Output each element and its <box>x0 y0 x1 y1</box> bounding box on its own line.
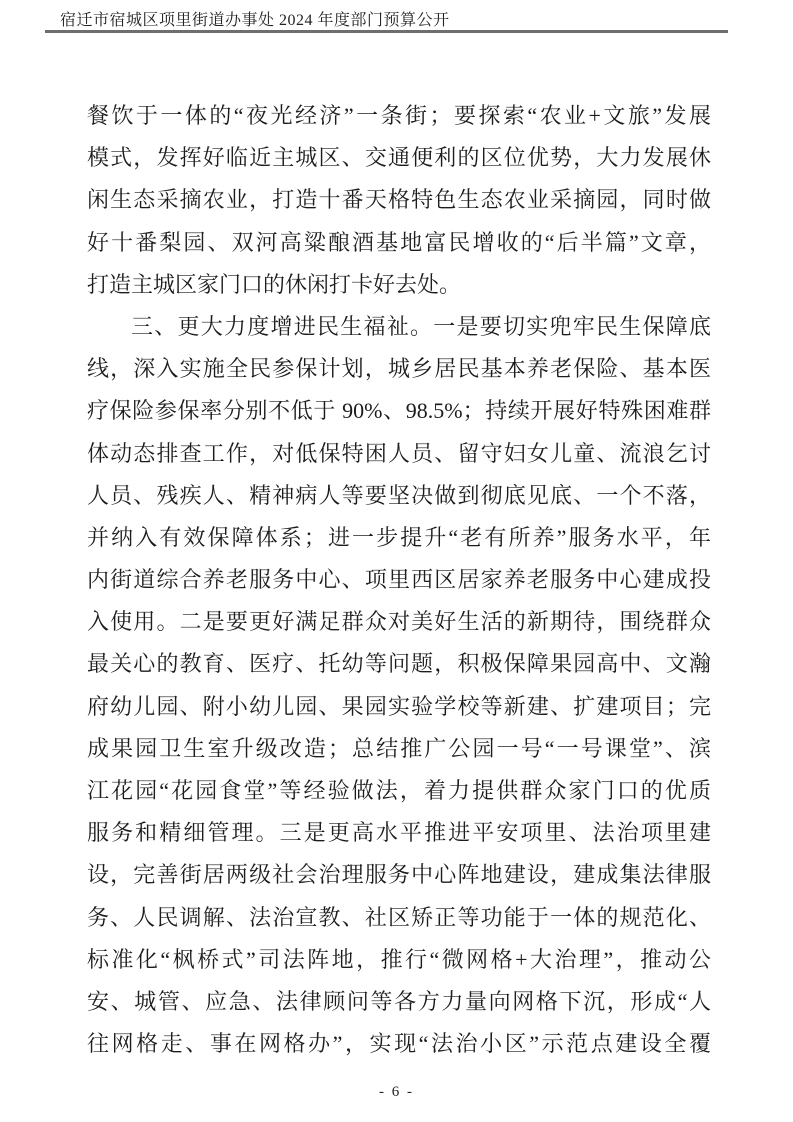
body-line: 人员、残疾人、精神病人等要坚决做到彻底见底、一个不落， <box>87 475 711 517</box>
body-line: 模式，发挥好临近主城区、交通便利的区位优势，大力发展休 <box>87 137 711 179</box>
body-line: 标准化“枫桥式”司法阵地，推行“微网格+大治理”，推动公 <box>87 939 711 981</box>
body-line: 并纳入有效保障体系；进一步提升“老有所养”服务水平，年 <box>87 517 711 559</box>
header-divider-rule <box>45 30 728 33</box>
body-line: 疗保险参保率分别不低于 90%、98.5%；持续开展好特殊困难群 <box>87 390 711 432</box>
body-line: 务、人民调解、法治宣教、社区矫正等功能于一体的规范化、 <box>87 897 711 939</box>
body-line: 府幼儿园、附小幼儿园、果园实验学校等新建、扩建项目；完 <box>87 686 711 728</box>
body-line: 最关心的教育、医疗、托幼等问题，积极保障果园高中、文瀚 <box>87 643 711 685</box>
body-line: 好十番梨园、双河高粱酿酒基地富民增收的“后半篇”文章， <box>87 222 711 264</box>
body-line: 体动态排查工作，对低保特困人员、留守妇女儿童、流浪乞讨 <box>87 433 711 475</box>
body-line: 入使用。二是要更好满足群众对美好生活的新期待，围绕群众 <box>87 601 711 643</box>
page-number: - 6 - <box>0 1084 793 1101</box>
body-line: 成果园卫生室升级改造；总结推广公园一号“一号课堂”、滨 <box>87 728 711 770</box>
body-line: 江花园“花园食堂”等经验做法，着力提供群众家门口的优质 <box>87 770 711 812</box>
document-header-title: 宿迁市宿城区项里街道办事处 2024 年度部门预算公开 <box>60 12 450 30</box>
body-line-paragraph-start: 三、更大力度增进民生福祉。一是要切实兜牢民生保障底 <box>87 306 711 348</box>
document-body: 餐饮于一体的“夜光经济”一条街；要探索“农业+文旅”发展 模式，发挥好临近主城区… <box>87 95 711 1065</box>
body-line: 往网格走、事在网格办”，实现“法治小区”示范点建设全覆 <box>87 1023 711 1065</box>
body-line: 打造主城区家门口的休闲打卡好去处。 <box>87 264 711 306</box>
body-line: 线，深入实施全民参保计划，城乡居民基本养老保险、基本医 <box>87 348 711 390</box>
body-line: 服务和精细管理。三是更高水平推进平安项里、法治项里建 <box>87 812 711 854</box>
body-line: 内街道综合养老服务中心、项里西区居家养老服务中心建成投 <box>87 559 711 601</box>
body-line: 餐饮于一体的“夜光经济”一条街；要探索“农业+文旅”发展 <box>87 95 711 137</box>
body-line: 闲生态采摘农业，打造十番天格特色生态农业采摘园，同时做 <box>87 179 711 221</box>
document-page: 宿迁市宿城区项里街道办事处 2024 年度部门预算公开 餐饮于一体的“夜光经济”… <box>0 0 793 1122</box>
body-line: 安、城管、应急、法律顾问等各方力量向网格下沉，形成“人 <box>87 981 711 1023</box>
body-line: 设，完善街居两级社会治理服务中心阵地建设，建成集法律服 <box>87 854 711 896</box>
